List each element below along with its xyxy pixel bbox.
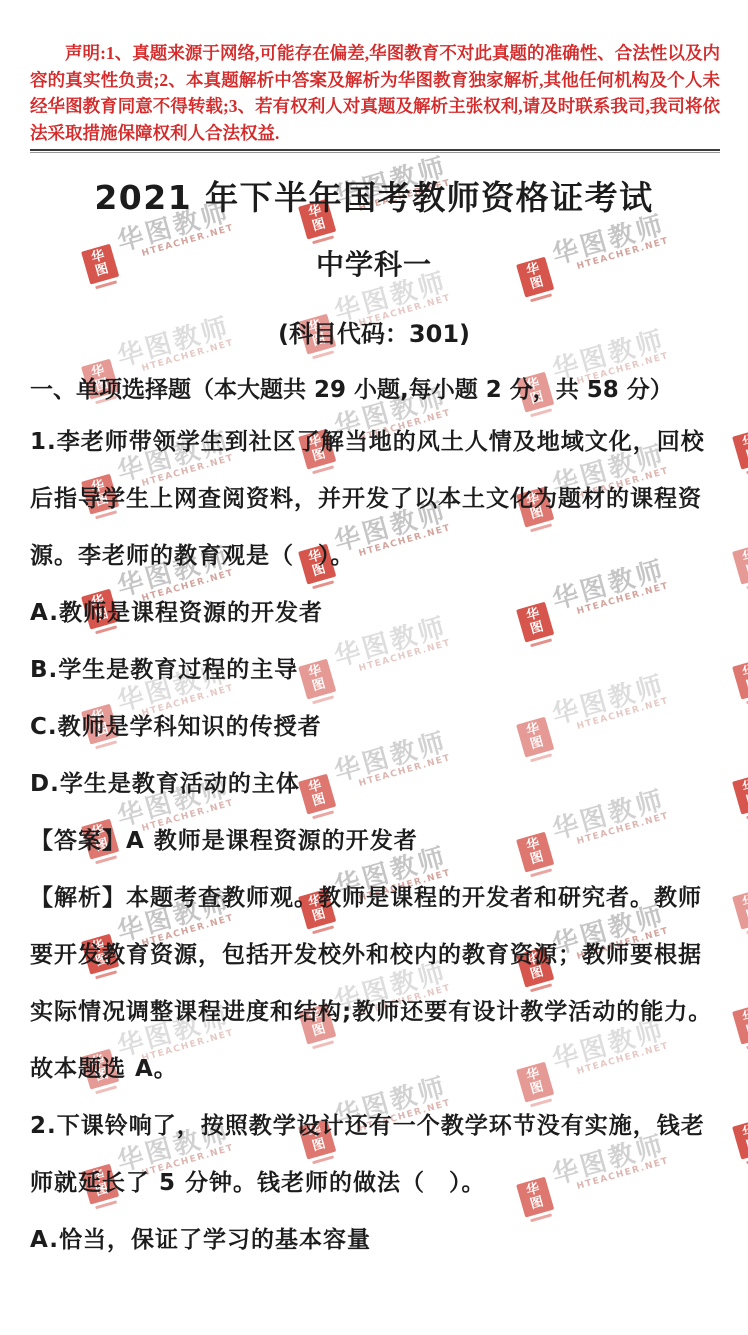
section-heading: 一、单项选择题（本大题共 29 小题,每小题 2 分，共 58 分） bbox=[30, 372, 728, 408]
huatu-logo-char-top: 华 bbox=[741, 549, 748, 566]
huatu-logo-icon: 华 图 bbox=[732, 889, 748, 930]
question-body: 1.李老师带领学生到社区了解当地的风土人情及地域文化，回校 后指导学生上网查阅资… bbox=[30, 414, 730, 1269]
question-1-analysis-line-1: 【解析】本题考查教师观。教师是课程的开发者和研究者。教师 bbox=[30, 870, 730, 927]
huatu-logo-subtext-bar bbox=[530, 293, 552, 302]
question-1-stem-line-3: 源。李老师的教育观是（ ）。 bbox=[30, 528, 730, 585]
question-1-option-b: B.学生是教育过程的主导 bbox=[30, 642, 730, 699]
question-1-analysis-line-3: 实际情况调整课程进度和结构;教师还要有设计教学活动的能力。 bbox=[30, 984, 730, 1041]
huatu-logo-char-top: 华 bbox=[741, 1124, 748, 1141]
huatu-logo-char-top: 华 bbox=[741, 779, 748, 796]
huatu-watermark: 华 图 华图教师 HTEACHER.NET bbox=[732, 624, 748, 699]
divider-line bbox=[30, 149, 720, 153]
huatu-watermark: 华 图 华图教师 HTEACHER.NET bbox=[732, 969, 748, 1044]
huatu-logo-icon: 华 图 bbox=[732, 429, 748, 470]
huatu-watermark: 华 图 华图教师 HTEACHER.NET bbox=[732, 1084, 748, 1159]
question-2-stem-line-1: 2.下课铃响了，按照教学设计还有一个教学环节没有实施，钱老 bbox=[30, 1098, 730, 1155]
question-1-analysis-line-2: 要开发教育资源，包括开发校外和校内的教育资源；教师要根据 bbox=[30, 927, 730, 984]
huatu-logo-char-top: 华 bbox=[741, 664, 748, 681]
huatu-watermark: 华 图 华图教师 HTEACHER.NET bbox=[732, 739, 748, 814]
question-1-option-d: D.学生是教育活动的主体 bbox=[30, 756, 730, 813]
huatu-watermark: 华 图 华图教师 HTEACHER.NET bbox=[732, 394, 748, 469]
question-2-stem-line-2: 师就延长了 5 分钟。钱老师的做法（ ）。 bbox=[30, 1155, 730, 1212]
document-page: 华 图 华图教师 HTEACHER.NET 华 图 华图教师 HTEACHER.… bbox=[0, 0, 748, 1335]
question-1-option-a: A.教师是课程资源的开发者 bbox=[30, 585, 730, 642]
huatu-logo-subtext-bar bbox=[312, 350, 334, 359]
huatu-logo-char-top: 华 bbox=[741, 894, 748, 911]
huatu-logo-icon: 华 图 bbox=[732, 1119, 748, 1160]
huatu-logo-icon: 华 图 bbox=[732, 659, 748, 700]
question-1-analysis-line-4: 故本题选 A。 bbox=[30, 1041, 730, 1098]
exam-subject-title: 中学科一 bbox=[0, 243, 748, 283]
huatu-logo-char-top: 华 bbox=[741, 1009, 748, 1026]
divider-line-thin bbox=[30, 152, 720, 153]
exam-title: 2021 年下半年国考教师资格证考试 bbox=[0, 172, 748, 219]
divider-line-thick bbox=[30, 149, 720, 151]
huatu-logo-char-top: 华 bbox=[741, 434, 748, 451]
question-1-stem-line-2: 后指导学生上网查阅资料，并开发了以本土文化为题材的课程资 bbox=[30, 471, 730, 528]
question-1-answer: 【答案】A 教师是课程资源的开发者 bbox=[30, 813, 730, 870]
huatu-logo-icon: 华 图 bbox=[732, 544, 748, 585]
subject-code: (科目代码：301) bbox=[0, 314, 748, 349]
huatu-logo-char-bottom: 图 bbox=[311, 217, 327, 234]
huatu-watermark: 华 图 华图教师 HTEACHER.NET bbox=[732, 509, 748, 584]
disclaimer-text: 声明:1、真题来源于网络,可能存在偏差,华图教育不对此真题的准确性、合法性以及内… bbox=[30, 40, 720, 146]
huatu-logo-icon: 华 图 bbox=[732, 774, 748, 815]
question-2-option-a: A.恰当，保证了学习的基本容量 bbox=[30, 1212, 730, 1269]
huatu-logo-icon: 华 图 bbox=[732, 1004, 748, 1045]
question-1-option-c: C.教师是学科知识的传授者 bbox=[30, 699, 730, 756]
question-1-stem-line-1: 1.李老师带领学生到社区了解当地的风土人情及地域文化，回校 bbox=[30, 414, 730, 471]
huatu-watermark: 华 图 华图教师 HTEACHER.NET bbox=[732, 854, 748, 929]
